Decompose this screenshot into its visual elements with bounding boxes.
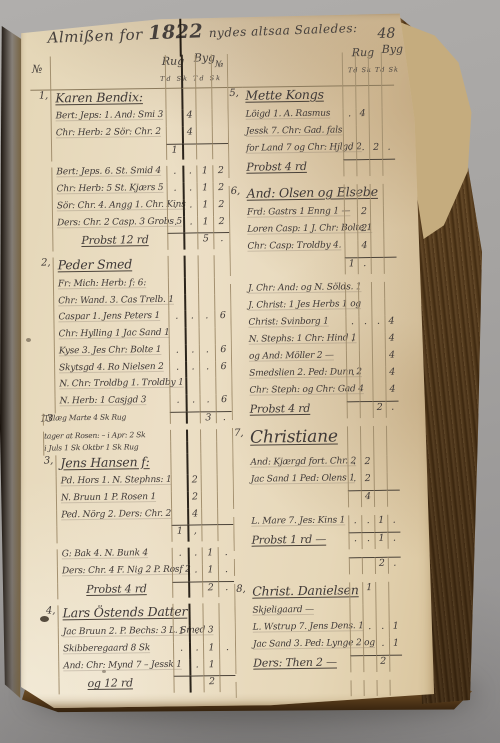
row-number (34, 346, 54, 363)
entry-text: L. Wstrup 7. Jens Dens. 1 (250, 621, 350, 639)
row-number (229, 242, 244, 259)
entry-text (56, 525, 171, 543)
amount-cell (382, 108, 395, 125)
entry-text: Tillæg Marte 4 Sk Rug (43, 412, 170, 426)
entry-text: Ped. Nörg 2. Ders: Chr. 2 (56, 508, 171, 526)
row-number (36, 510, 56, 527)
amount-cell: 4 (357, 240, 370, 257)
amount-cell: 2 (375, 557, 388, 574)
row-number (229, 208, 244, 225)
amount-cell: 2 (361, 473, 374, 490)
amount-cell (166, 110, 182, 127)
amount-cell: 2 (202, 581, 218, 598)
amount-cell: 6 (215, 361, 231, 378)
entry-text: og And: Möller 2 — (246, 350, 346, 368)
amount-cell (383, 240, 396, 257)
amount-cell (372, 333, 385, 350)
entry-text: Smedslien 2. Ped: Dunn 2 (246, 367, 346, 385)
entry-text: L. Mare 7. Jes: Kins 1 (248, 515, 348, 533)
entry-text: G: Bak 4. N. Bunk 4 (57, 548, 172, 566)
title-prefix: Almißen for (47, 25, 143, 46)
amount-cell (359, 333, 372, 350)
amount-cell (356, 125, 369, 142)
entry-text: N. Chr: Troldbg 1. Troldby 1 (54, 378, 169, 396)
amount-cell: . (348, 515, 361, 532)
row-number (234, 606, 249, 623)
amount-cell (182, 143, 196, 160)
amount-cell (345, 299, 358, 316)
amount-cell (200, 441, 216, 453)
amount-cell (195, 88, 211, 110)
amount-cell (371, 282, 384, 299)
section-row: 6,And: Olsen og Elsebe (229, 184, 396, 208)
amount-cell (370, 206, 383, 223)
amount-cell (386, 426, 399, 456)
amount-cell: 6 (215, 344, 231, 361)
amount-cell (384, 257, 397, 274)
amount-cell: 3 (200, 411, 216, 423)
amount-cell (186, 429, 200, 441)
amount-cell (389, 655, 402, 672)
row-number (231, 369, 246, 386)
amount-cell: 1 (197, 216, 213, 233)
amount-cell: 4 (385, 367, 398, 384)
amount-cell (167, 233, 183, 250)
row-number (230, 301, 245, 318)
row-number (229, 225, 244, 242)
amount-cell (371, 299, 384, 316)
entry-text: Jessk 7. Chr: Gad. fals (243, 125, 343, 143)
entry-text: Lars Östends Datter (57, 604, 172, 627)
amount-cell: 1 (203, 659, 219, 676)
row-number (38, 661, 58, 678)
amount-cell: 2 (187, 475, 201, 492)
amount-cell (184, 294, 198, 311)
amount-cell (202, 604, 218, 626)
amount-cell: 2 (369, 142, 382, 159)
row-number (235, 640, 250, 657)
amount-cell (368, 86, 381, 108)
amount-cell: . (382, 142, 395, 159)
amount-cell (218, 603, 234, 625)
entry-text: Fr: Mich: Herb: f: 6: (53, 278, 168, 296)
amount-cell: 4 (187, 508, 201, 525)
amount-cell (217, 524, 233, 541)
entry-text: Mette Kongs (242, 86, 342, 109)
amount-cell: . (218, 547, 234, 564)
amount-cell: . (200, 394, 216, 411)
entry-text: Chr: Herb: 2 Sör: Chr. 2 (51, 127, 166, 145)
amount-cell: . (361, 515, 374, 532)
amount-cell (355, 52, 368, 86)
amount-cell (362, 557, 375, 574)
amount-cell (186, 411, 200, 423)
amount-cell (369, 159, 382, 176)
amount-cell: 2 (187, 491, 201, 508)
row-number (235, 623, 250, 640)
amount-cell (346, 384, 359, 401)
amount-cell (216, 452, 232, 474)
amount-cell: . (169, 361, 185, 378)
amount-cell: 4 (385, 384, 398, 401)
amount-cell: . (386, 401, 399, 418)
amount-cell (172, 581, 188, 598)
entry-text: Chr: Herb: 5 St. Kjærs 5 (52, 183, 167, 201)
entry-text: J. Chr: And: og N. Sölds. 1 (245, 282, 345, 300)
entry-text (59, 699, 174, 701)
ledger-row: Ders: Then 2 —2 (235, 655, 402, 674)
amount-cell (344, 223, 357, 240)
amount-cell: . (387, 532, 400, 549)
amount-cell (211, 54, 227, 88)
section-row: 2,Peder Smed (33, 255, 230, 279)
amount-cell (189, 676, 203, 693)
amount-cell (185, 328, 199, 345)
entry-text: N. Herb: 1 Casjgd 3 (55, 395, 170, 413)
amount-cell: . (346, 367, 359, 384)
amount-cell: . (172, 565, 188, 582)
amount-cell (368, 52, 381, 86)
row-number (228, 127, 243, 144)
entry-text: Ders: Chr. 4 F. Nig 2 P. Rosf 2 (57, 565, 172, 583)
amount-cell (188, 604, 202, 626)
amount-cell: 6 (214, 310, 230, 327)
entry-text: Bert: Jeps: 1. And: Smi 3 (51, 110, 166, 128)
row-number: 2, (33, 258, 53, 280)
row-number (230, 284, 245, 301)
amount-cell: . (189, 659, 203, 676)
amount-cell (170, 441, 186, 453)
amount-cell (358, 299, 371, 316)
amount-cell (344, 206, 357, 223)
row-number (33, 279, 53, 296)
row-number (36, 493, 56, 510)
amount-cell (370, 240, 383, 257)
amount-cell (214, 277, 230, 294)
entry-text (245, 257, 345, 275)
ledger-row: 1, (36, 524, 233, 543)
entry-text: Christ. Danielsen (249, 582, 349, 605)
section-row: 7,Christiane (232, 426, 399, 458)
ledger-row: 13Tillæg Marte 4 Sk Rug3. (35, 411, 232, 426)
row-number (37, 550, 57, 567)
row-number (227, 54, 242, 88)
amount-cell: . (173, 642, 189, 659)
amount-cell (186, 453, 200, 475)
entry-text: for Land 7 og Chr: Hjlgd 2 (243, 142, 343, 160)
amount-cell (359, 350, 372, 367)
entry-text (249, 557, 349, 575)
ledger-row: 1. (230, 257, 397, 276)
ledger-row: Probst 1 rd —..1. (233, 532, 400, 551)
amount-cell: . (188, 548, 202, 565)
amount-cell (371, 257, 384, 274)
amount-cell (372, 350, 385, 367)
row-number (233, 517, 248, 534)
row-number (228, 144, 243, 161)
amount-cell (219, 675, 235, 692)
amount-cell (364, 680, 377, 696)
amount-cell (369, 108, 382, 125)
amount-cell (345, 282, 358, 299)
amount-cell: 4 (182, 126, 196, 143)
entry-text: Jens Hansen f: (55, 453, 170, 476)
amount-cell: 2 (373, 401, 386, 418)
amount-cell (201, 474, 217, 491)
row-number (36, 527, 56, 544)
entry-text: And: Kjærgd fort. Chr. 2 (247, 456, 347, 474)
amount-cell (372, 367, 385, 384)
amount-cell (342, 52, 355, 86)
amount-cell (200, 453, 216, 475)
amount-cell: . (345, 316, 358, 333)
amount-cell: . (167, 200, 183, 217)
row-number (38, 678, 58, 695)
amount-cell: . (218, 581, 234, 598)
row-number (232, 403, 247, 420)
entry-text: Kyse 3. Jes Chr: Bolte 1 (54, 345, 169, 363)
amount-cell (358, 282, 371, 299)
amount-cell (386, 456, 399, 473)
amount-cell (350, 621, 363, 638)
amount-cell (215, 377, 231, 394)
amount-cell (343, 125, 356, 142)
row-number (236, 682, 251, 698)
row-number (32, 235, 52, 252)
amount-cell: 1 (203, 642, 219, 659)
amount-cell: . (172, 548, 188, 565)
amount-cell (383, 223, 396, 240)
amount-cell (357, 184, 370, 206)
amount-cell: , (187, 525, 201, 542)
row-number (230, 259, 245, 276)
amount-cell (383, 184, 396, 206)
amount-cell: . (198, 311, 214, 328)
amount-cell (217, 474, 233, 491)
ledger-row (236, 680, 403, 698)
amount-cell (383, 206, 396, 223)
amount-cell (388, 604, 401, 621)
amount-cell: . (199, 344, 215, 361)
amount-cell (184, 256, 198, 278)
amount-cell (201, 525, 217, 542)
amount-cell (170, 411, 186, 423)
ledger-row: Probst 4 rd2. (37, 581, 234, 600)
amount-cell: . (199, 361, 215, 378)
amount-cell (343, 159, 356, 176)
ledger-row: Probst 4 rd (228, 159, 395, 178)
row-number (32, 185, 52, 202)
amount-cell: 2 (376, 655, 389, 672)
amount-cell: . (189, 625, 203, 642)
amount-cell: 1 (362, 582, 375, 604)
amount-cell: 1 (197, 182, 213, 199)
entry-text: Probst 4 rd (57, 581, 172, 599)
amount-cell: 2 (203, 676, 219, 693)
amount-cell (216, 429, 232, 441)
entry-text: Probst 1 rd — (248, 532, 348, 550)
row-number (34, 380, 54, 397)
amount-cell: . (376, 638, 389, 655)
amount-cell: . (346, 333, 359, 350)
page-title: Almißen for 1822 nydes altsaa Saaledes: (47, 15, 358, 48)
amount-cell: 1 (171, 525, 187, 542)
row-number: 7, (232, 428, 247, 458)
amount-cell (198, 294, 214, 311)
amount-cell: 1 (202, 547, 218, 564)
amount-cell: . (347, 456, 360, 473)
amount-cell (198, 255, 214, 277)
amount-cell (200, 429, 216, 441)
entry-text: Pd. Hors 1. N. Stephns: 1 (56, 475, 171, 493)
amount-cell (346, 350, 359, 367)
amount-cell: 1 (196, 166, 212, 183)
title-suffix: nydes altsaa Saaledes: (209, 21, 358, 40)
entry-text: And: Chr: Mynd 7 – Jessk 1 (58, 659, 173, 677)
amount-cell (168, 277, 184, 294)
amount-cell (359, 367, 372, 384)
amount-cell: . (216, 411, 232, 423)
amount-cell (217, 491, 233, 508)
amount-cell: . (167, 216, 183, 233)
amount-cell (387, 473, 400, 490)
entry-text: Probst 4 rd (243, 159, 343, 177)
amount-cell: 2 (360, 456, 373, 473)
amount-cell (217, 508, 233, 525)
row-number (233, 475, 248, 492)
amount-cell (173, 659, 189, 676)
amount-cell (188, 581, 202, 598)
entry-text: og 12 rd (58, 676, 173, 694)
amount-cell (351, 680, 364, 696)
row-number (228, 110, 243, 127)
amount-cell (203, 625, 219, 642)
entry-text: Probst 4 rd (247, 401, 347, 419)
amount-cell (196, 109, 212, 126)
row-number (228, 161, 243, 178)
entry-text: N. Stephs: 1 Chr: Hind 1 (246, 333, 346, 351)
entry-text: Löigd 1. A. Rasmus (243, 108, 343, 126)
amount-cell (373, 456, 386, 473)
amount-cell: 1 (345, 257, 358, 274)
entry-text: Bert: Jeps. 6. St. Smid 4 (51, 166, 166, 184)
row-number: 3, (35, 455, 55, 477)
entry-text: Caspar 1. Jens Peters 1 (53, 311, 168, 329)
amount-cell (215, 327, 231, 344)
amount-cell: . (213, 232, 229, 249)
entry-text (251, 680, 351, 697)
entry-text: And: Olsen og Elsebe (244, 184, 344, 207)
amount-cell (375, 582, 388, 604)
amount-cell (165, 55, 181, 89)
ledger-row: 2. (234, 557, 401, 576)
amount-cell: 1 (202, 564, 218, 581)
amount-cell: . (348, 473, 361, 490)
amount-cell (170, 429, 186, 441)
amount-cell: . (184, 311, 198, 328)
entry-text: Ders: Then 2 — (250, 655, 350, 673)
amount-cell (369, 125, 382, 142)
page-number: 48 (377, 26, 395, 42)
amount-cell (374, 490, 387, 507)
amount-cell: 2 (213, 182, 229, 199)
amount-cell: . (363, 621, 376, 638)
amount-cell (201, 508, 217, 525)
amount-cell (212, 126, 228, 143)
row-number (35, 397, 55, 414)
entry-text: Ders: Chr. 2 Casp. 3 Grobs 5 (52, 217, 167, 235)
amount-cell: . (182, 166, 196, 183)
amount-cell: . (188, 564, 202, 581)
amount-cell (381, 52, 394, 86)
amount-cell: . (218, 564, 234, 581)
amount-cell: . (186, 395, 200, 412)
row-number: 4, (37, 606, 57, 628)
amount-cell: . (371, 316, 384, 333)
entry-text: Skibberegaard 8 Sk (58, 643, 173, 661)
amount-cell (196, 143, 212, 160)
entry-text: Jac Bruun 2. P. Bechs: 3 L. Smed 3 (58, 626, 173, 644)
amount-cell (171, 492, 187, 509)
amount-cell (363, 655, 376, 672)
amount-cell (350, 655, 363, 672)
amount-cell (211, 87, 227, 109)
amount-cell (196, 126, 212, 143)
amount-cell: . (361, 532, 374, 549)
amount-cell (370, 223, 383, 240)
left-ledger-column: 1,Karen Bendix:Bert: Jeps: 1. And: Smi 3… (30, 54, 236, 701)
amount-cell: . (343, 108, 356, 125)
right-ledger-column: 5,Mette KongsLöigd 1. A. Rasmus.4Jessk 7… (227, 52, 403, 698)
amount-cell: . (170, 395, 186, 412)
amount-cell (195, 54, 211, 88)
amount-cell (377, 680, 390, 696)
ledger-row: 4 (233, 490, 400, 509)
amount-cell: 2 (212, 165, 228, 182)
entry-text: J. Christ: 1 Jes Herbs 1 og (245, 299, 345, 317)
amount-cell (214, 294, 230, 311)
amount-cell (347, 401, 360, 418)
ledger-row: Probst 12 rd5. (32, 232, 229, 251)
amount-cell (173, 676, 189, 693)
amount-cell (356, 159, 369, 176)
row-number (231, 335, 246, 352)
amount-cell: 4 (356, 108, 369, 125)
amount-cell (199, 378, 215, 395)
amount-cell (363, 638, 376, 655)
row-number (37, 583, 57, 600)
amount-cell (172, 604, 188, 626)
amount-cell: 1 (374, 532, 387, 549)
entry-text (51, 144, 166, 162)
amount-cell (362, 604, 375, 621)
entry-text: Chr: Casp: Troldby 4. (244, 240, 344, 258)
amount-cell: . (169, 344, 185, 361)
photo-backdrop: Almißen for 1822 nydes altsaa Saaledes: … (0, 0, 500, 743)
amount-cell: . (356, 142, 369, 159)
row-number (34, 330, 54, 347)
section-row: 3,Jens Hansen f: (35, 452, 232, 476)
row-number: 1, (30, 90, 50, 112)
row-number (38, 628, 58, 645)
amount-cell: 4 (182, 110, 196, 127)
amount-cell: . (183, 199, 197, 216)
amount-cell: 2 (213, 216, 229, 233)
amount-cell: 4 (361, 490, 374, 507)
amount-cell (390, 680, 403, 696)
book-spine-edge (0, 26, 22, 698)
entry-text: Sör: Chr. 4. Angg 1. Chr. Kins (52, 200, 167, 218)
